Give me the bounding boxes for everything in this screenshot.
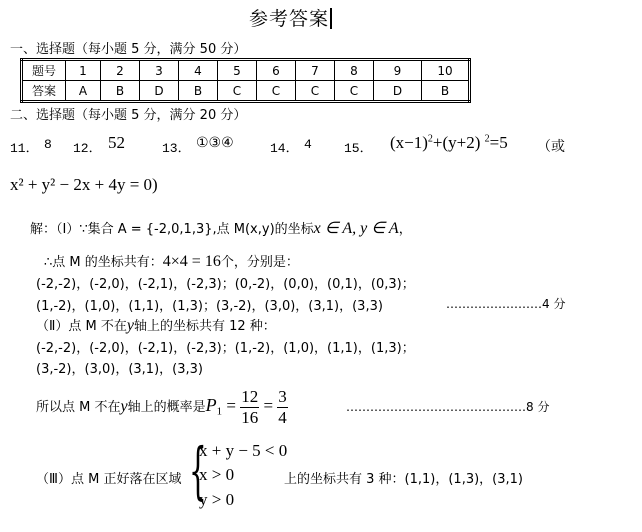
score-4: ……………………4 分 (446, 295, 565, 312)
q13-label: 13． (162, 137, 191, 156)
q15-or: （或 (537, 136, 565, 156)
row-header-number: 题号 (22, 60, 66, 81)
table-cell: 7 (296, 60, 335, 81)
table-cell: 9 (374, 60, 422, 81)
part2-heading: （Ⅱ）点 M 不在y轴上的坐标共有 12 种： (36, 315, 276, 335)
table-cell: 5 (218, 60, 257, 81)
part3-result: 上的坐标共有 3 种：(1,1)，(1,3)，(3,1) (284, 468, 523, 487)
part1-condition: x ∈ A, y ∈ A (314, 220, 399, 237)
part1-statement: 解：（Ⅰ）∵集合 A = {-2,0,1,3},点 M(x,y)的坐标x ∈ A… (30, 218, 412, 238)
part3-prefix: （Ⅲ）点 M 正好落在区域 (36, 468, 181, 487)
system-ineq-1: x + y − 5 < 0 (199, 441, 287, 461)
table-row-numbers: 题号 1 2 3 4 5 6 7 8 9 10 (22, 60, 470, 81)
q15-part-a: (x−1) (390, 133, 428, 152)
q15-part-b: +(y+2) (433, 133, 481, 152)
page-title: 参考答案 (249, 4, 332, 31)
table-row-answers: 答案 A B D B C C C C D B (22, 81, 470, 102)
table-cell: B (101, 81, 140, 102)
table-cell: D (140, 81, 179, 102)
table-cell: D (374, 81, 422, 102)
part2-points-row-1: (-2,-2)，(-2,0)，(-2,1)，(-2,3)；(1,-2)，(1,0… (36, 337, 415, 356)
table-cell: C (296, 81, 335, 102)
score-8: ………………………………………8 分 (346, 398, 549, 415)
table-cell: C (218, 81, 257, 102)
section1-heading: 一、选择题（每小题 5 分，满分 50 分） (10, 38, 246, 57)
table-cell: B (179, 81, 218, 102)
table-cell: A (66, 81, 101, 102)
count-expression: 4×4 = 16 (163, 253, 221, 270)
system-ineq-3: y > 0 (199, 490, 234, 510)
section2-heading: 二、选择题（每小题 5 分，满分 20 分） (10, 104, 246, 123)
row-header-answer: 答案 (22, 81, 66, 102)
q11-answer: 8 (44, 137, 52, 152)
part2-points-row-2: (3,-2)，(3,0)，(3,1)，(3,3) (36, 358, 203, 377)
q15-alt-answer: x² + y² − 2x + 4y = 0) (10, 175, 158, 195)
table-cell: 10 (422, 60, 470, 81)
fraction-3-4: 34 (277, 387, 288, 428)
q15-answer: (x−1)2+(y+2) 2=5 (390, 133, 508, 153)
q14-answer: 4 (304, 137, 312, 152)
answer-table: 题号 1 2 3 4 5 6 7 8 9 10 答案 A B D B C C C… (20, 58, 471, 103)
table-cell: 4 (179, 60, 218, 81)
table-cell: 1 (66, 60, 101, 81)
q15-part-c: =5 (490, 133, 508, 152)
count-line: ∴点 M 的坐标共有：4×4 = 16个，分别是： (44, 251, 299, 271)
probability-symbol: P (206, 395, 217, 415)
q14-label: 14． (270, 137, 299, 156)
table-cell: B (422, 81, 470, 102)
probability-line: 所以点 M 不在y轴上的概率是P1 = 1216 = 34 (36, 385, 288, 432)
table-cell: C (257, 81, 296, 102)
fraction-12-16: 1216 (240, 387, 259, 428)
table-cell: C (335, 81, 374, 102)
system-ineq-2: x > 0 (199, 465, 234, 485)
table-cell: 8 (335, 60, 374, 81)
q12-label: 12． (73, 137, 102, 156)
text-cursor (330, 8, 332, 29)
table-cell: 2 (101, 60, 140, 81)
q13-answer: ①③④ (196, 135, 234, 151)
all-points-row-2: (1,-2)，(1,0)，(1,1)，(1,3)；(3,-2)，(3,0)，(3… (36, 295, 383, 314)
q15-label: 15． (344, 137, 373, 156)
q12-answer: 52 (108, 133, 125, 153)
q11-label: 11． (10, 137, 39, 156)
table-cell: 6 (257, 60, 296, 81)
all-points-row-1: (-2,-2)，(-2,0)，(-2,1)，(-2,3)；(0,-2)，(0,0… (36, 273, 415, 292)
table-cell: 3 (140, 60, 179, 81)
